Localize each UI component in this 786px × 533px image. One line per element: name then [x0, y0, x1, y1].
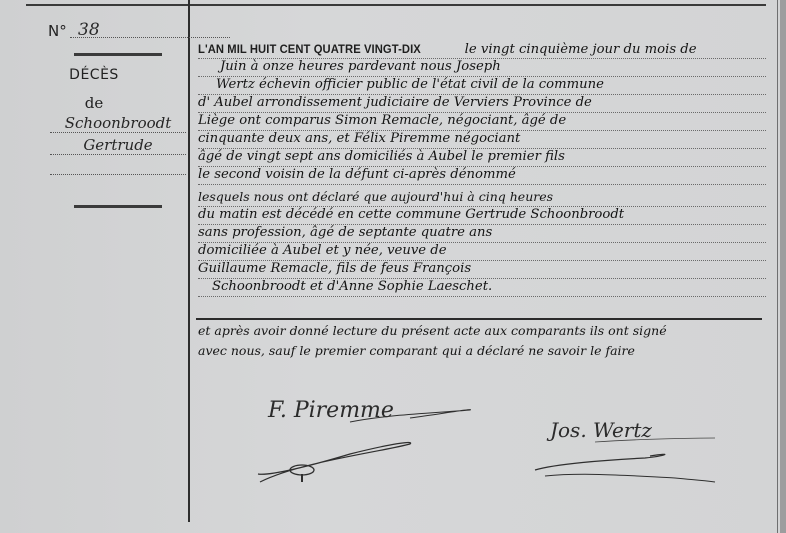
closing-line: et après avoir donné lecture du présent … [198, 322, 766, 340]
entry-number: N° 38 [48, 22, 183, 42]
body-line: âgé de vingt sept ans domiciliés à Aubel… [198, 148, 766, 167]
body-line: cinquante deux ans, et Félix Piremme nég… [198, 130, 766, 149]
deceased-surname: Schoonbroodt [50, 114, 186, 133]
closing-line: avec nous, sauf le premier comparant qui… [198, 342, 766, 360]
document-body: L'AN MIL HUIT CENT QUATRE VINGT-DIX le v… [190, 0, 780, 533]
blank-dotted-line [50, 160, 186, 175]
margin-column: N° 38 DÉCÈS de Schoonbroodt Gertrude [0, 0, 188, 533]
signature-flourish [525, 420, 745, 490]
margin-rule [74, 53, 162, 56]
entry-heading: DÉCÈS [0, 67, 188, 83]
deceased-given-name: Gertrude [50, 136, 186, 155]
page-edge [780, 0, 786, 533]
body-line: domiciliée à Aubel et y née, veuve de [198, 242, 766, 261]
body-line: Liège ont comparus Simon Remacle, négoci… [198, 112, 766, 131]
body-line: lesquels nous ont déclaré que aujourd'hu… [198, 188, 766, 207]
body-line: du matin est décédé en cette commune Ger… [198, 206, 766, 225]
body-line: L'AN MIL HUIT CENT QUATRE VINGT-DIX le v… [198, 40, 766, 59]
printed-header: L'AN MIL HUIT CENT QUATRE VINGT-DIX [198, 40, 421, 58]
handwritten-text: le vingt cinquième jour du mois de [465, 42, 697, 57]
body-line: le second voisin de la défunt ci-après d… [198, 166, 766, 185]
margin-rule [74, 205, 162, 208]
body-line: sans profession, âgé de septante quatre … [198, 224, 766, 243]
body-line: d' Aubel arrondissement judiciaire de Ve… [198, 94, 766, 113]
body-line: Schoonbroodt et d'Anne Sophie Laeschet. [198, 278, 766, 297]
body-line: Wertz échevin officier public de l'état … [198, 76, 766, 95]
section-rule [196, 318, 762, 320]
signature-flourish [240, 392, 500, 482]
body-line: Guillaume Remacle, fils de feus François [198, 260, 766, 279]
document-page: N° 38 DÉCÈS de Schoonbroodt Gertrude L'A… [0, 0, 786, 533]
body-line: Juin à onze heures pardevant nous Joseph [198, 58, 766, 77]
entry-de: de [0, 94, 188, 112]
number-label: N° [48, 22, 67, 40]
